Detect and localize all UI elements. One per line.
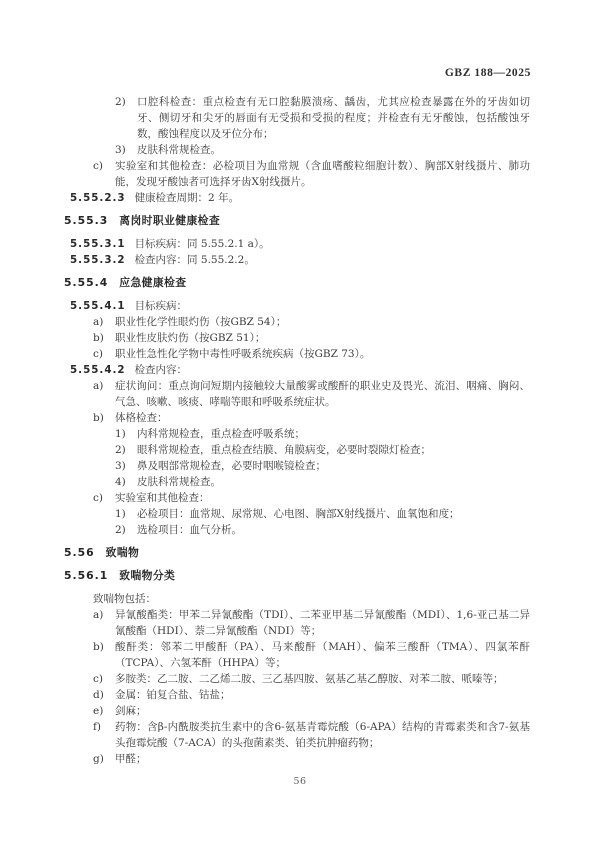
list-item-text: 职业性急性化学物中毒性呼吸系统疾病（按GBZ 73）。 [115,346,530,362]
list-item-text: 多胺类：乙二胺、二乙烯二胺、三乙基四胺、氨基乙基乙醇胺、对苯二胺、哌嗪等； [115,671,530,687]
list-item-text: 金属：铂复合盐、钴盐； [115,687,530,703]
list-marker: a) [93,378,115,410]
list-marker: a) [93,314,115,330]
list-item-text: 体格检查： [115,410,530,426]
sub-list-item: 1)内科常规检查，重点检查呼吸系统； [115,426,530,442]
list-marker: 1) [115,506,137,522]
list-marker: e) [93,703,115,719]
clause-paragraph: 5.55.4.1目标疾病： [70,298,530,314]
list-item-text: 异氰酸酯类：甲苯二异氰酸酯（TDI）、二苯亚甲基二异氰酸酯（MDI）、1,6-亚… [115,607,530,639]
clause-title-text: 应急健康检查 [119,276,186,289]
document-page: GBZ 188—2025 2)口腔科检查：重点检查有无口腔黏膜溃疡、龋齿，尤其应… [0,0,600,848]
clause-title-text: 检查内容： [135,364,188,376]
section-heading: 5.56致喘物 [64,545,600,561]
list-marker: 4) [115,474,137,490]
list-marker: 2) [115,442,137,458]
list-item-text: 必检项目：血常规、尿常规、心电图、胸部X射线摄片、血氧饱和度； [137,506,530,522]
clause-number: 5.56 [64,546,95,559]
list-item: c)职业性急性化学物中毒性呼吸系统疾病（按GBZ 73）。 [93,346,530,362]
clause-paragraph: 5.55.2.3健康检查周期：2 年。 [70,190,530,206]
list-item-text: 皮肤科常规检查。 [137,142,530,158]
list-item-text: 剑麻； [115,703,530,719]
list-item: g)甲醛； [93,751,530,767]
list-item-text: 实验室和其他检查：必检项目为血常规（含血嗜酸粒细胞计数）、胸部X射线摄片、肺功能… [115,158,530,190]
list-item-text: 选检项目：血气分析。 [137,522,530,538]
clause-title-text: 健康检查周期：2 年。 [135,192,240,204]
list-item-text: 内科常规检查，重点检查呼吸系统； [137,426,530,442]
list-item-text: 鼻及咽部常规检查，必要时咽喉镜检查； [137,458,530,474]
list-item: d)金属：铂复合盐、钴盐； [93,687,530,703]
list-marker: 3) [115,142,137,158]
clause-number: 5.55.4 [64,276,108,289]
list-marker: c) [93,158,115,190]
list-item: a)症状询问：重点询问短期内接触较大量酸雾或酸酐的职业史及畏光、流泪、咽痛、胸闷… [93,378,530,410]
page-number: 56 [0,776,600,787]
clause-number: 5.55.3.1 [70,238,126,250]
clause-number: 5.56.1 [64,569,108,582]
clause-title-text: 目标疾病： [135,300,188,312]
list-item-text: 甲醛； [115,751,530,767]
clause-number: 5.55.4.1 [70,300,126,312]
clause-paragraph: 5.55.4.2检查内容： [70,362,530,378]
list-marker: d) [93,687,115,703]
list-item: b)酸酐类：邻苯二甲酸酐（PA）、马来酸酐（MAH）、偏苯三酸酐（TMA）、四氯… [93,639,530,671]
sub-list-item: 2)眼科常规检查，重点检查结膜、角膜病变，必要时裂隙灯检查； [115,442,530,458]
list-item: f)药物：含β-内酰胺类抗生素中的含6-氨基青霉烷酸（6-APA）结构的青霉素类… [93,719,530,751]
sub-list-item: 2)口腔科检查：重点检查有无口腔黏膜溃疡、龋齿，尤其应检查暴露在外的牙齿如切牙、… [115,94,530,142]
clause-number: 5.55.2.3 [70,192,126,204]
list-marker: b) [93,639,115,671]
list-item: e)剑麻； [93,703,530,719]
list-item-text: 职业性化学性眼灼伤（按GBZ 54）； [115,314,530,330]
list-item-text: 酸酐类：邻苯二甲酸酐（PA）、马来酸酐（MAH）、偏苯三酸酐（TMA）、四氯苯酐… [115,639,530,671]
sub-list-item: 2)选检项目：血气分析。 [115,522,530,538]
paragraph: 致喘物包括： [93,591,530,607]
clause-title-text: 检查内容：同 5.55.2.2。 [135,254,255,266]
list-marker: c) [93,490,115,506]
sub-list-item: 3)鼻及咽部常规检查，必要时咽喉镜检查； [115,458,530,474]
document-body: 2)口腔科检查：重点检查有无口腔黏膜溃疡、龋齿，尤其应检查暴露在外的牙齿如切牙、… [0,94,600,767]
clause-number: 5.55.3 [64,214,108,227]
section-heading: 5.56.1致喘物分类 [64,568,600,584]
list-item: b)职业性皮肤灼伤（按GBZ 51）； [93,330,530,346]
list-marker: g) [93,751,115,767]
doc-number-header: GBZ 188—2025 [445,67,531,79]
list-marker: f) [93,719,115,751]
list-marker: c) [93,671,115,687]
clause-title-text: 致喘物分类 [119,569,175,582]
list-marker: a) [93,607,115,639]
list-item: c)实验室和其他检查：必检项目为血常规（含血嗜酸粒细胞计数）、胸部X射线摄片、肺… [93,158,530,190]
section-heading: 5.55.4应急健康检查 [64,275,600,291]
list-item-text: 药物：含β-内酰胺类抗生素中的含6-氨基青霉烷酸（6-APA）结构的青霉素类和含… [115,719,530,751]
list-item-text: 症状询问：重点询问短期内接触较大量酸雾或酸酐的职业史及畏光、流泪、咽痛、胸闷、气… [115,378,530,410]
sub-list-item: 1)必检项目：血常规、尿常规、心电图、胸部X射线摄片、血氧饱和度； [115,506,530,522]
clause-title-text: 致喘物 [106,546,140,559]
list-marker: b) [93,330,115,346]
list-item: c)多胺类：乙二胺、二乙烯二胺、三乙基四胺、氨基乙基乙醇胺、对苯二胺、哌嗪等； [93,671,530,687]
list-item-text: 皮肤科常规检查。 [137,474,530,490]
clause-number: 5.55.3.2 [70,254,126,266]
list-item-text: 实验室和其他检查： [115,490,530,506]
sub-list-item: 4)皮肤科常规检查。 [115,474,530,490]
sub-list-item: 3)皮肤科常规检查。 [115,142,530,158]
list-item: b)体格检查： [93,410,530,426]
list-item: c)实验室和其他检查： [93,490,530,506]
clause-number: 5.55.4.2 [70,364,126,376]
list-marker: 2) [115,522,137,538]
list-item-text: 眼科常规检查，重点检查结膜、角膜病变，必要时裂隙灯检查； [137,442,530,458]
list-item: a)职业性化学性眼灼伤（按GBZ 54）； [93,314,530,330]
list-item-text: 职业性皮肤灼伤（按GBZ 51）； [115,330,530,346]
list-marker: b) [93,410,115,426]
list-marker: 2) [115,94,137,142]
clause-paragraph: 5.55.3.2检查内容：同 5.55.2.2。 [70,252,530,268]
section-heading: 5.55.3离岗时职业健康检查 [64,213,600,229]
list-marker: 3) [115,458,137,474]
clause-paragraph: 5.55.3.1目标疾病：同 5.55.2.1 a）。 [70,236,530,252]
clause-title-text: 离岗时职业健康检查 [119,214,220,227]
list-marker: 1) [115,426,137,442]
clause-title-text: 目标疾病：同 5.55.2.1 a）。 [135,238,270,250]
list-item: a)异氰酸酯类：甲苯二异氰酸酯（TDI）、二苯亚甲基二异氰酸酯（MDI）、1,6… [93,607,530,639]
list-marker: c) [93,346,115,362]
list-item-text: 口腔科检查：重点检查有无口腔黏膜溃疡、龋齿，尤其应检查暴露在外的牙齿如切牙、侧切… [137,94,530,142]
